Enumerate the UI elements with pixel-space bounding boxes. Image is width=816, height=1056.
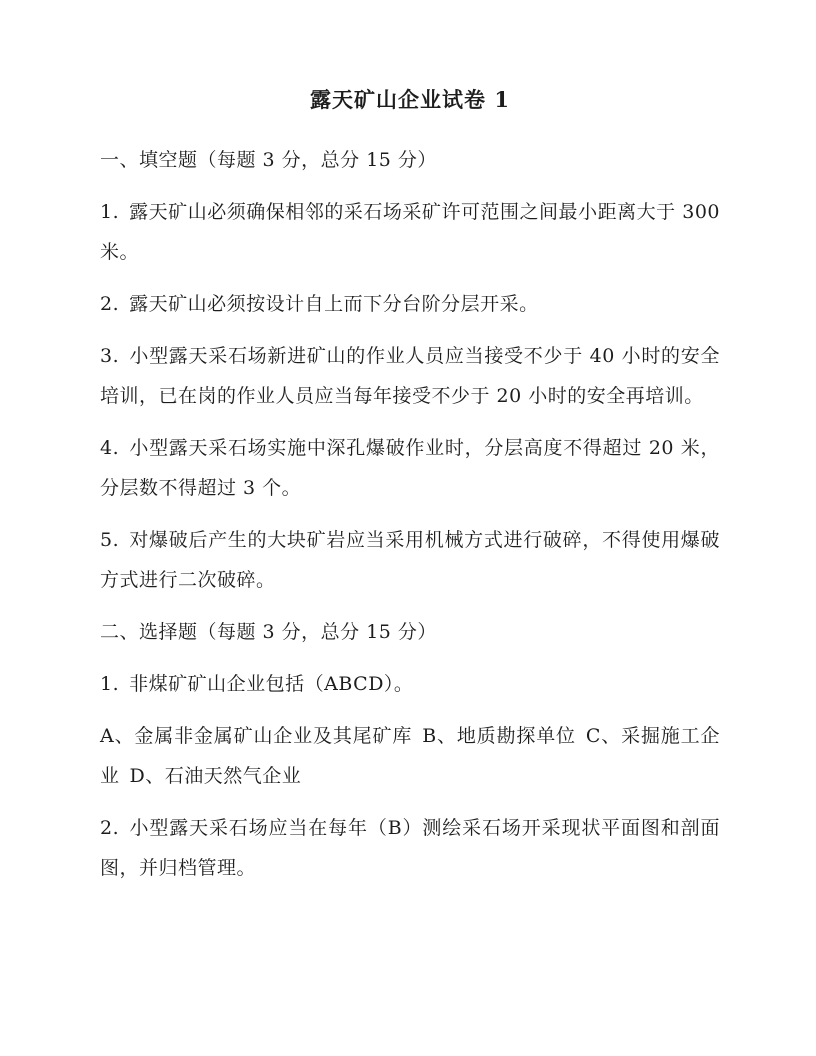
section-fill-blank-heading: 一、填空题（每题 3 分，总分 15 分） bbox=[100, 140, 720, 180]
fill-blank-item-3: 3. 小型露天采石场新进矿山的作业人员应当接受不少于 40 小时的安全培训，已在… bbox=[100, 336, 720, 416]
fill-blank-item-1: 1. 露天矿山必须确保相邻的采石场采矿许可范围之间最小距离大于 300 米。 bbox=[100, 192, 720, 272]
choice-question-2: 2. 小型露天采石场应当在每年（B）测绘采石场开采现状平面图和剖面图，并归档管理… bbox=[100, 808, 720, 888]
choice-question-1: 1. 非煤矿矿山企业包括（ABCD）。 bbox=[100, 664, 720, 704]
choice-question-1-options: A、金属非金属矿山企业及其尾矿库 B、地质勘探单位 C、采掘施工企业 D、石油天… bbox=[100, 716, 720, 796]
section-multiple-choice-heading: 二、选择题（每题 3 分，总分 15 分） bbox=[100, 612, 720, 652]
fill-blank-item-2: 2. 露天矿山必须按设计自上而下分台阶分层开采。 bbox=[100, 284, 720, 324]
fill-blank-item-5: 5. 对爆破后产生的大块矿岩应当采用机械方式进行破碎，不得使用爆破方式进行二次破… bbox=[100, 520, 720, 600]
document-title: 露天矿山企业试卷 1 bbox=[100, 80, 720, 120]
fill-blank-item-4: 4. 小型露天采石场实施中深孔爆破作业时，分层高度不得超过 20 米，分层数不得… bbox=[100, 428, 720, 508]
document-page: 露天矿山企业试卷 1 一、填空题（每题 3 分，总分 15 分） 1. 露天矿山… bbox=[0, 0, 816, 1056]
